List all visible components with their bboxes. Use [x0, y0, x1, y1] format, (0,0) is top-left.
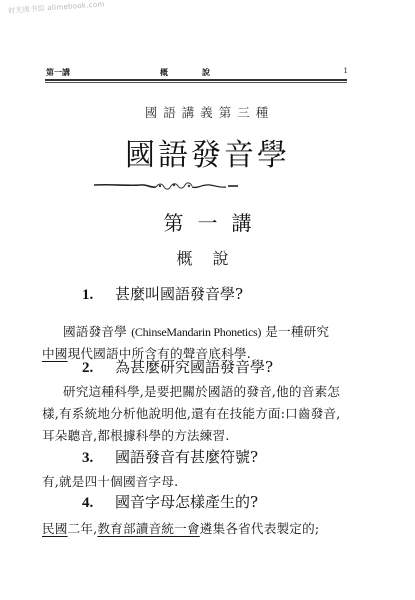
- series-title: 國語講義第三種: [0, 103, 415, 121]
- running-head-title: 概說: [160, 67, 244, 78]
- proper-noun: 中國: [42, 346, 68, 361]
- answer-2-line-1: 研究這種科學,是要把關於國語的發音,他的音素怎: [63, 381, 340, 400]
- answer-3-line-1: 有,就是四十個國音字母.: [42, 471, 178, 490]
- book-title: 國語發音學: [0, 130, 415, 174]
- question-text: 甚麼叫國語發音學?: [115, 285, 243, 303]
- watermark: 时光图书馆 allmebook.com: [8, 0, 105, 16]
- proper-noun: 教育部讀音統一會: [97, 521, 199, 536]
- english-term: (ChinseMandarin Phonetics): [131, 325, 261, 339]
- question-3: 3.國語發音有甚麼符號?: [82, 446, 258, 467]
- section-title: 概說: [0, 246, 415, 269]
- ornament-divider-icon: [92, 180, 240, 194]
- question-number: 2.: [82, 360, 115, 377]
- question-text: 國音字母怎樣產生的?: [115, 493, 258, 511]
- question-4: 4.國音字母怎樣產生的?: [82, 491, 258, 512]
- answer-2-line-2: 樣,有系統地分析他說明他,還有在技能方面:口齒發音,: [42, 403, 341, 422]
- question-number: 4.: [82, 495, 115, 512]
- answer-text: 是一種研究: [261, 324, 329, 339]
- running-head: 第一講 概說 1: [46, 67, 348, 79]
- question-text: 為甚麼研究國語發音學?: [115, 358, 273, 376]
- answer-text: 國語發音學: [63, 324, 131, 339]
- question-number: 1.: [82, 287, 115, 304]
- running-head-chapter: 第一講: [46, 67, 70, 78]
- chapter-title: 第一講: [0, 207, 415, 236]
- answer-2-line-3: 耳朵聽音,都根據科學的方法練習.: [42, 425, 230, 444]
- header-rule: [45, 79, 347, 83]
- proper-noun: 民國: [42, 521, 68, 536]
- answer-text: 遴集各省代表製定的;: [200, 521, 320, 536]
- answer-4-line-1: 民國二年,教育部讀音統一會遴集各省代表製定的;: [42, 518, 319, 537]
- question-2: 2.為甚麼研究國語發音學?: [82, 356, 273, 377]
- page-number: 1: [344, 67, 348, 75]
- question-number: 3.: [82, 450, 115, 467]
- answer-1-line-1: 國語發音學 (ChinseMandarin Phonetics) 是一種研究: [63, 321, 329, 340]
- answer-text: 二年,: [68, 521, 98, 536]
- question-text: 國語發音有甚麼符號?: [115, 448, 258, 466]
- question-1: 1.甚麼叫國語發音學?: [82, 283, 243, 304]
